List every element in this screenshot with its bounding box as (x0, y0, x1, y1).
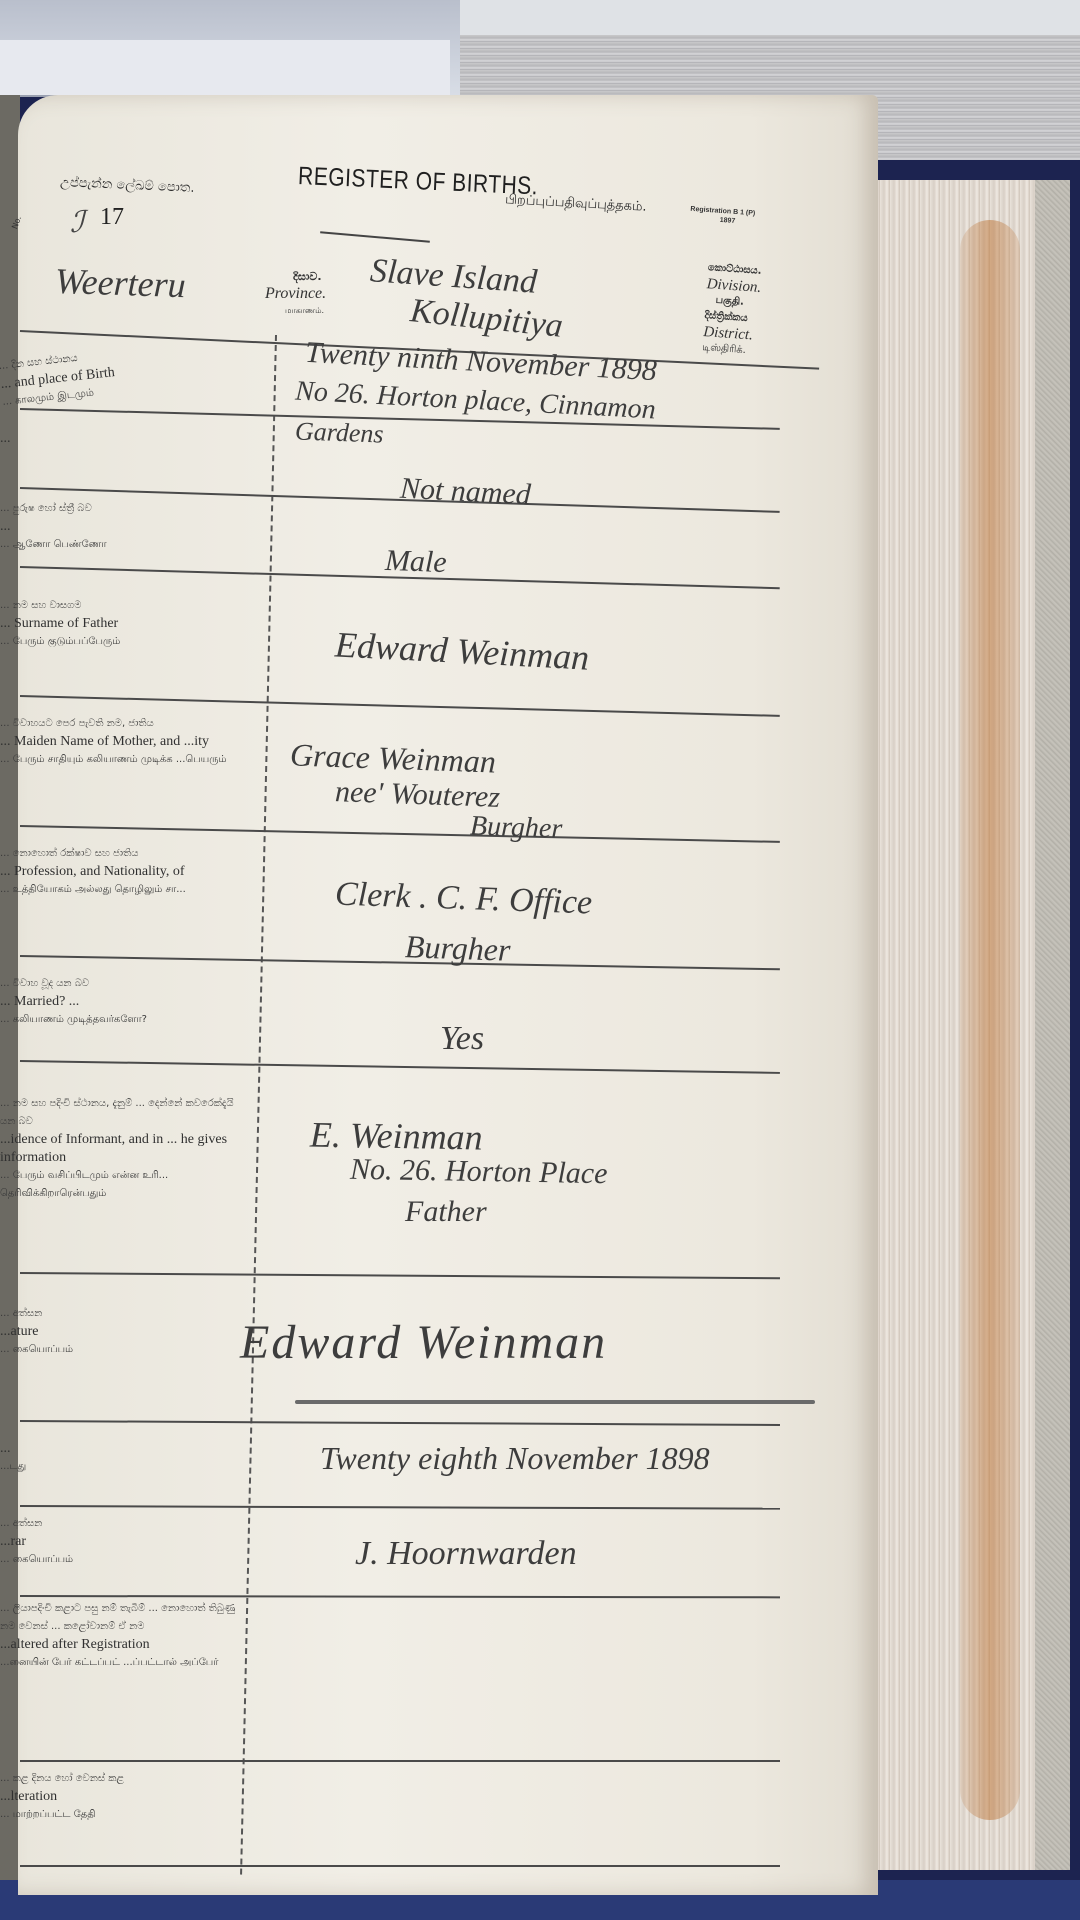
handwritten-top-left: Weerteru (54, 260, 186, 307)
label-name: ... (0, 430, 250, 448)
value-married: Yes (440, 1020, 484, 1058)
value-date-registered: Twenty eighth November 1898 (320, 1440, 710, 1477)
label-ta: ... உத்தியோகம் அல்லது தொழிலும் சா... (0, 881, 250, 899)
reg-no-value: 17 (100, 204, 124, 231)
value-registrar: J. Hoornwarden (355, 1535, 577, 1573)
value-sex: Male (384, 544, 447, 580)
value-informant-address: No. 26. Horton Place (350, 1153, 608, 1191)
division-district-labels: කොට්ඨාසය. Division. பகுதி. දිස්ත්‍රික්කය… (702, 260, 763, 360)
row-divider (20, 1760, 780, 1762)
label-altered-name: ... ලියාපදිංචි කළාට පසු නම් තැබීම් ... න… (0, 1600, 250, 1672)
book-page-edges (860, 180, 1070, 1870)
label-si: ... විවාහයට පෙර පැවති නම, ජාතිය (0, 715, 250, 733)
label-father-rank: ... නොහොත් රක්ෂාව සහ ජාතිය ... Professio… (0, 845, 250, 899)
label-si: ... විවාහ වූද යන බව (0, 975, 250, 993)
label-si: ... අත්සන (0, 1515, 250, 1533)
province-label-si: දිසාව. (293, 268, 326, 285)
label-signature: ... අත්සන ...ature ... கையொப்பம் (0, 1305, 250, 1359)
label-ta: ... கையொப்பம் (0, 1551, 250, 1569)
value-informant-name: E. Weinman (310, 1113, 483, 1158)
value-mother-nationality: Burgher (469, 810, 562, 845)
value-name: Not named (399, 472, 531, 513)
label-father: ... නම සහ වාසගම ... Surname of Father ..… (0, 597, 250, 651)
division-label-en: Division. (706, 276, 762, 296)
label-date-registered: ... ...டது (0, 1440, 250, 1476)
province-label: දිසාව. Province. மாகாணம். (265, 268, 326, 319)
label-ta: ... கையொப்பம் (0, 1341, 250, 1359)
reg-no-handwritten-mark: ℐ (70, 205, 84, 240)
signature-underline (295, 1400, 815, 1404)
value-mother-name: Grace Weinman (289, 736, 496, 780)
label-ta: ... ஆணோ பெண்ணோ (0, 536, 250, 554)
label-ta: ... மாற்றப்பட்ட தேதி (0, 1806, 250, 1824)
page-stain (960, 220, 1020, 1820)
label-mother: ... විවාහයට පෙර පැවති නම, ජාතිය ... Maid… (0, 715, 250, 769)
label-si: ... කළ දිනය හෝ වෙනස් කළ (0, 1770, 250, 1788)
label-en: ...ature (0, 1323, 250, 1341)
label-en: ... Profession, and Nationality, of (0, 863, 250, 881)
label-alteration-date: ... කළ දිනය හෝ වෙනස් කළ ...lteration ...… (0, 1770, 250, 1824)
value-father-nationality: Burgher (404, 928, 511, 969)
value-informant-relation: Father (405, 1195, 487, 1229)
value-signature: Edward Weinman (240, 1315, 607, 1370)
label-en: ...lteration (0, 1788, 250, 1806)
label-si: ... අත්සන (0, 1305, 250, 1323)
label-informant: ... නම සහ පදිංචි ස්ථානය, දැනුම් ... දෙන්… (0, 1095, 250, 1203)
label-ta: ... கலியாணம் முடித்தவர்களோ? (0, 1011, 250, 1029)
binding-cloth (1035, 180, 1070, 1870)
label-en: ... (0, 430, 250, 448)
label-en: ...rar (0, 1533, 250, 1551)
background-paper-sheet (0, 40, 450, 97)
label-si: ... නම සහ පදිංචි ස්ථානය, දැනුම් ... දෙන්… (0, 1095, 250, 1131)
label-registrar: ... අත්සන ...rar ... கையொப்பம் (0, 1515, 250, 1569)
form-year: 1897 (719, 217, 735, 225)
row-divider (20, 1865, 780, 1867)
label-si: ... පුරුෂ හෝ ස්ත්‍රී බව (0, 500, 250, 518)
value-mother-maiden: nee' Wouterez (334, 775, 500, 815)
label-en: ... Maiden Name of Mother, and ...ity (0, 733, 250, 751)
label-en: ... Married? ... (0, 993, 250, 1011)
province-label-en: Province. (265, 285, 326, 302)
label-si: ... ලියාපදිංචි කළාට පසු නම් තැබීම් ... න… (0, 1600, 250, 1636)
label-ta: ... பேரும் சாதியும் கலியாணம் முடிக்க ...… (0, 751, 250, 769)
province-label-ta: மாகாணம். (285, 302, 326, 319)
label-en: ... (0, 518, 250, 536)
label-ta: ...டது (0, 1458, 250, 1476)
label-en: ... (0, 1440, 250, 1458)
label-en: ...altered after Registration (0, 1636, 250, 1654)
label-married: ... විවාහ වූද යන බව ... Married? ... ...… (0, 975, 250, 1029)
label-si: ... නොහොත් රක්ෂාව සහ ජාතිය (0, 845, 250, 863)
value-birth-place-cont: Gardens (295, 416, 385, 449)
label-ta: ... பேரும் குடும்பப்பேரும் (0, 633, 250, 651)
label-si: ... නම සහ වාසගම (0, 597, 250, 615)
label-sex: ... පුරුෂ හෝ ස්ත්‍රී බව ... ... ஆணோ பெண்… (0, 500, 250, 554)
label-ta: ...னையின் பேர் கட்டப்பட் ...ப்பட்டால் அப… (0, 1654, 250, 1672)
label-en: ... Surname of Father (0, 615, 250, 633)
label-en: ...idence of Informant, and in ... he gi… (0, 1131, 250, 1167)
label-ta: ... பேரும் வசிப்பிடமும் என்ன உரி... தெரி… (0, 1167, 250, 1203)
